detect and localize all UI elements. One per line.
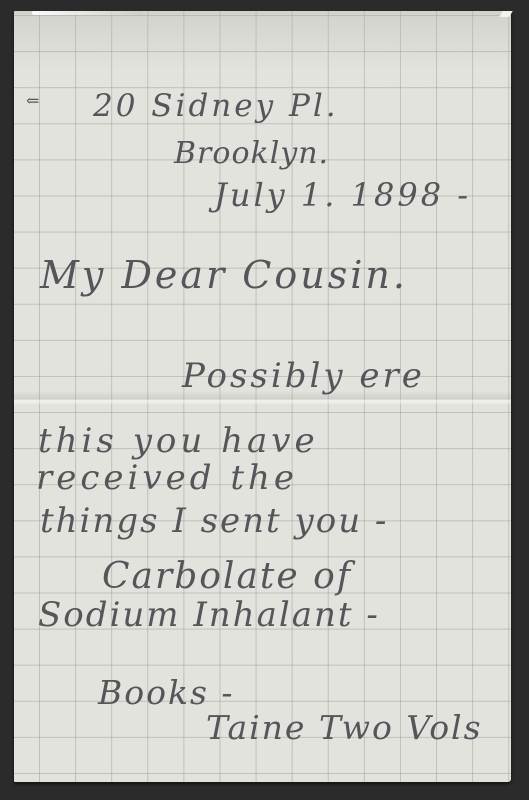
body-line: Carbolate of <box>102 559 352 595</box>
paper-tear <box>32 11 142 15</box>
body-line: Books - <box>98 676 235 709</box>
body-line: this you have <box>38 424 319 458</box>
body-line: received the <box>36 461 298 495</box>
body-line: Sodium Inhalant - <box>38 598 380 632</box>
body-line: Taine Two Vols <box>206 711 483 744</box>
letter-page: ⇐ 20 Sidney Pl. Brooklyn. July 1. 1898 -… <box>14 11 511 782</box>
address-city: Brooklyn. <box>174 139 329 169</box>
paper-corner <box>499 11 512 17</box>
body-line: things I sent you - <box>40 504 388 538</box>
address-street: 20 Sidney Pl. <box>93 91 339 122</box>
body-line: Possibly ere <box>182 359 425 393</box>
margin-arrow-mark: ⇐ <box>26 93 40 109</box>
letter-date: July 1. 1898 - <box>214 179 471 211</box>
salutation: My Dear Cousin. <box>40 256 408 294</box>
